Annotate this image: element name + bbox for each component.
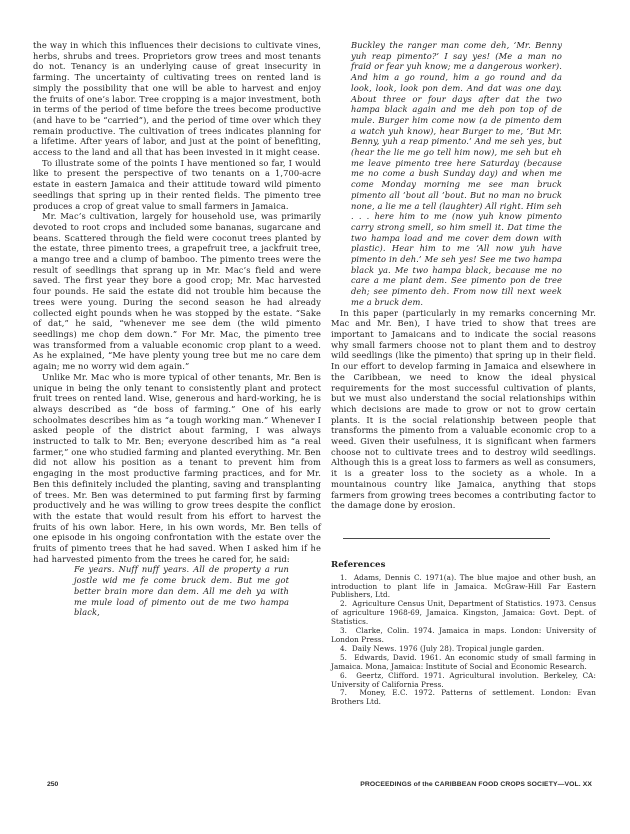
paragraph-two-tenants-intro: To illustrate some of the points I have … bbox=[33, 158, 321, 212]
references-heading: References bbox=[331, 560, 596, 571]
paragraph-conclusion: In this paper (particularly in my remark… bbox=[331, 308, 596, 511]
reference-item-5: 5. Edwards, David. 1961. An economic stu… bbox=[331, 654, 596, 672]
section-divider-rule bbox=[343, 538, 550, 539]
journal-title: PROCEEDINGS of the CARIBBEAN FOOD CROPS … bbox=[360, 781, 592, 788]
dialect-quote-start: Fe years. Nuff nuff years. All de proper… bbox=[74, 564, 289, 618]
page-number: 250 bbox=[47, 781, 58, 788]
references-list: 1. Adams, Dennis C. 1971(a). The blue ma… bbox=[331, 574, 596, 708]
reference-item-7: 7. Money, E.C. 1972. Patterns of settlem… bbox=[331, 689, 596, 707]
reference-item-2: 2. Agriculture Census Unit, Department o… bbox=[331, 600, 596, 627]
dialect-quote-continuation: Buckley the ranger man come deh, ‘Mr. Be… bbox=[351, 40, 562, 308]
reference-item-3: 3. Clarke, Colin. 1974. Jamaica in maps.… bbox=[331, 627, 596, 645]
document-page: the way in which this influences their d… bbox=[0, 0, 630, 834]
paragraph-mr-ben: Unlike Mr. Mac who is more typical of ot… bbox=[33, 372, 321, 565]
reference-item-6: 6. Geertz, Clifford. 1971. Agricultural … bbox=[331, 672, 596, 690]
reference-item-1: 1. Adams, Dennis C. 1971(a). The blue ma… bbox=[331, 574, 596, 601]
left-column: the way in which this influences their d… bbox=[33, 40, 321, 618]
right-column: Buckley the ranger man come deh, ‘Mr. Be… bbox=[331, 40, 596, 707]
paragraph-tenancy-insecurity: the way in which this influences their d… bbox=[33, 40, 321, 158]
paragraph-mr-mac: Mr. Mac’s cultivation, largely for house… bbox=[33, 211, 321, 372]
